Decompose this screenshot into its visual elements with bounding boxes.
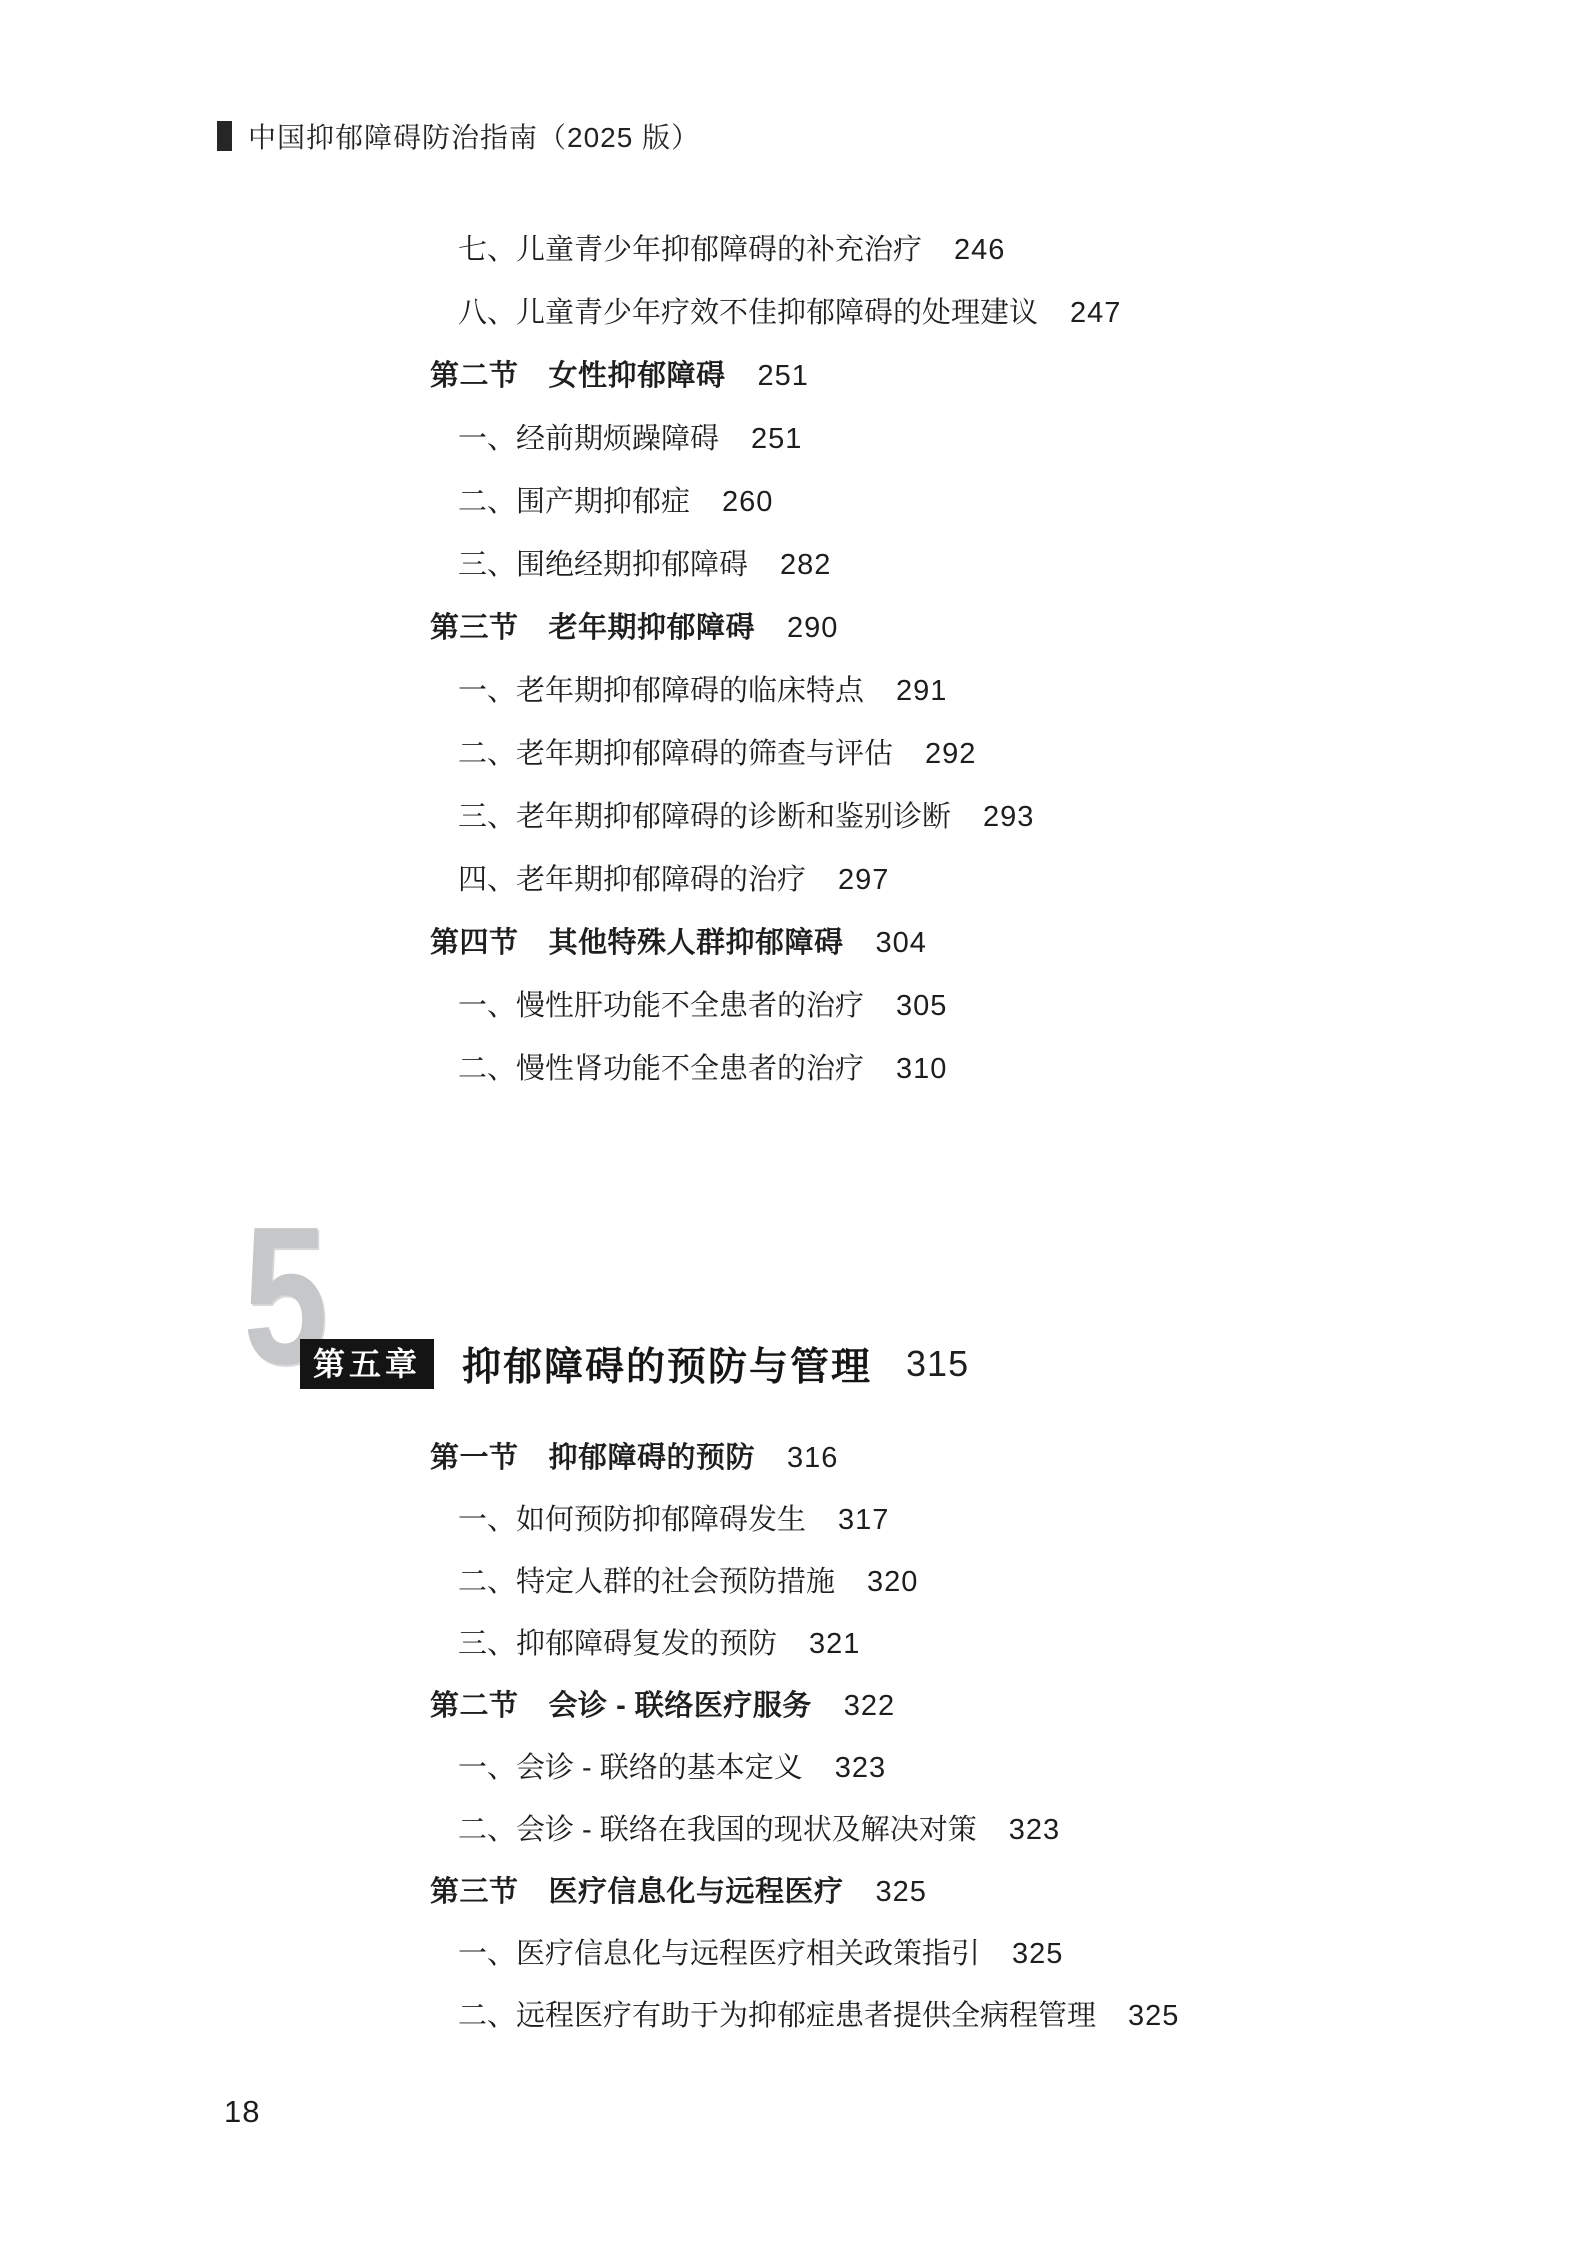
chapter-page-number: 315 [906,1343,969,1385]
toc-section-prefix: 第四节 [430,927,519,959]
toc-subitem-row: 三、围绝经期抑郁障碍282 [0,534,1587,597]
toc-entry-title: 二、老年期抑郁障碍的筛查与评估 [458,738,893,770]
toc-entry-page: 321 [809,1628,860,1660]
toc-subitem-row: 三、老年期抑郁障碍的诊断和鉴别诊断293 [0,786,1587,849]
toc-entry-page: 247 [1070,297,1121,329]
toc-section-row: 第三节老年期抑郁障碍290 [0,597,1587,660]
toc-subitem-row: 一、经前期烦躁障碍251 [0,408,1587,471]
toc-entry-title: 八、儿童青少年疗效不佳抑郁障碍的处理建议 [458,297,1038,329]
toc-entry-page: 305 [896,990,947,1022]
toc-entry-title: 三、老年期抑郁障碍的诊断和鉴别诊断 [458,801,951,833]
header-marker-icon [217,121,232,151]
toc-subitem-row: 一、如何预防抑郁障碍发生317 [0,1489,1587,1551]
toc-entry-title: 医疗信息化与远程医疗 [549,1876,844,1908]
toc-subitem-row: 二、会诊 - 联络在我国的现状及解决对策323 [0,1799,1587,1861]
chapter-5-heading: 第五章 抑郁障碍的预防与管理 315 [300,1336,969,1392]
toc-entry-title: 其他特殊人群抑郁障碍 [549,927,844,959]
book-page: 中国抑郁障碍防治指南（2025 版） 七、儿童青少年抑郁障碍的补充治疗246八、… [0,0,1587,2243]
toc-entry-page: 290 [787,612,838,644]
toc-subitem-row: 三、抑郁障碍复发的预防321 [0,1613,1587,1675]
toc-entry-page: 282 [780,549,831,581]
toc-entry-title: 二、远程医疗有助于为抑郁症患者提供全病程管理 [458,2000,1096,2032]
toc-subitem-row: 二、慢性肾功能不全患者的治疗310 [0,1038,1587,1101]
toc-subitem-row: 二、特定人群的社会预防措施320 [0,1551,1587,1613]
toc-entry-title: 女性抑郁障碍 [549,360,726,392]
toc-section-prefix: 第三节 [430,1876,519,1908]
toc-entry-page: 251 [751,423,802,455]
toc-section-prefix: 第三节 [430,612,519,644]
toc-entry-page: 320 [867,1566,918,1598]
toc-entry-title: 三、围绝经期抑郁障碍 [458,549,748,581]
toc-subitem-row: 四、老年期抑郁障碍的治疗297 [0,849,1587,912]
toc-entry-page: 291 [896,675,947,707]
toc-entry-page: 310 [896,1053,947,1085]
toc-entry-title: 老年期抑郁障碍 [549,612,756,644]
toc-entry-page: 317 [838,1504,889,1536]
toc-entry-page: 246 [954,234,1005,266]
toc-entry-title: 四、老年期抑郁障碍的治疗 [458,864,806,896]
toc-entry-title: 七、儿童青少年抑郁障碍的补充治疗 [458,234,922,266]
toc-entry-page: 323 [835,1752,886,1784]
toc-entry-title: 二、围产期抑郁症 [458,486,690,518]
toc-entry-title: 二、慢性肾功能不全患者的治疗 [458,1053,864,1085]
toc-entry-title: 二、特定人群的社会预防措施 [458,1566,835,1598]
toc-subitem-row: 一、医疗信息化与远程医疗相关政策指引325 [0,1923,1587,1985]
toc-subitem-row: 二、老年期抑郁障碍的筛查与评估292 [0,723,1587,786]
toc-section-row: 第一节抑郁障碍的预防316 [0,1427,1587,1489]
toc-section-prefix: 第二节 [430,1690,519,1722]
toc-entry-title: 三、抑郁障碍复发的预防 [458,1628,777,1660]
toc-entry-title: 一、医疗信息化与远程医疗相关政策指引 [458,1938,980,1970]
toc-entry-title: 会诊 - 联络医疗服务 [549,1690,812,1722]
toc-subitem-row: 一、慢性肝功能不全患者的治疗305 [0,975,1587,1038]
toc-entry-page: 304 [876,927,927,959]
page-number: 18 [224,2094,260,2130]
toc-section-row: 第二节会诊 - 联络医疗服务322 [0,1675,1587,1737]
toc-subitem-row: 二、远程医疗有助于为抑郁症患者提供全病程管理325 [0,1985,1587,2047]
toc-section-prefix: 第一节 [430,1442,519,1474]
toc-entry-title: 抑郁障碍的预防 [549,1442,756,1474]
toc-entry-page: 316 [787,1442,838,1474]
toc-entry-page: 325 [1128,2000,1179,2032]
toc-entry-page: 322 [844,1690,895,1722]
chapter-badge: 第五章 [300,1339,434,1389]
toc-entry-title: 一、慢性肝功能不全患者的治疗 [458,990,864,1022]
book-title: 中国抑郁障碍防治指南（2025 版） [248,116,700,156]
toc-subitem-row: 八、儿童青少年疗效不佳抑郁障碍的处理建议247 [0,282,1587,345]
toc-entry-title: 一、会诊 - 联络的基本定义 [458,1752,803,1784]
toc-section-row: 第四节其他特殊人群抑郁障碍304 [0,912,1587,975]
toc-section-row: 第三节医疗信息化与远程医疗325 [0,1861,1587,1923]
toc-entry-title: 一、老年期抑郁障碍的临床特点 [458,675,864,707]
toc-section-prefix: 第二节 [430,360,519,392]
toc-subitem-row: 一、会诊 - 联络的基本定义323 [0,1737,1587,1799]
toc-subitem-row: 一、老年期抑郁障碍的临床特点291 [0,660,1587,723]
toc-subitem-row: 七、儿童青少年抑郁障碍的补充治疗246 [0,219,1587,282]
toc-entry-title: 一、如何预防抑郁障碍发生 [458,1504,806,1536]
toc-entry-page: 293 [983,801,1034,833]
running-header: 中国抑郁障碍防治指南（2025 版） [217,116,700,156]
toc-entry-title: 二、会诊 - 联络在我国的现状及解决对策 [458,1814,977,1846]
toc-entry-page: 297 [838,864,889,896]
toc-section-row: 第二节女性抑郁障碍251 [0,345,1587,408]
toc-entry-page: 260 [722,486,773,518]
toc-list-upper: 七、儿童青少年抑郁障碍的补充治疗246八、儿童青少年疗效不佳抑郁障碍的处理建议2… [0,219,1587,1101]
toc-entry-page: 292 [925,738,976,770]
toc-entry-page: 323 [1009,1814,1060,1846]
toc-entry-page: 251 [758,360,809,392]
chapter-title: 抑郁障碍的预防与管理 [462,1336,872,1392]
toc-subitem-row: 二、围产期抑郁症260 [0,471,1587,534]
toc-entry-page: 325 [1012,1938,1063,1970]
toc-list-chapter5: 第一节抑郁障碍的预防316一、如何预防抑郁障碍发生317二、特定人群的社会预防措… [0,1427,1587,2047]
toc-entry-page: 325 [876,1876,927,1908]
toc-entry-title: 一、经前期烦躁障碍 [458,423,719,455]
